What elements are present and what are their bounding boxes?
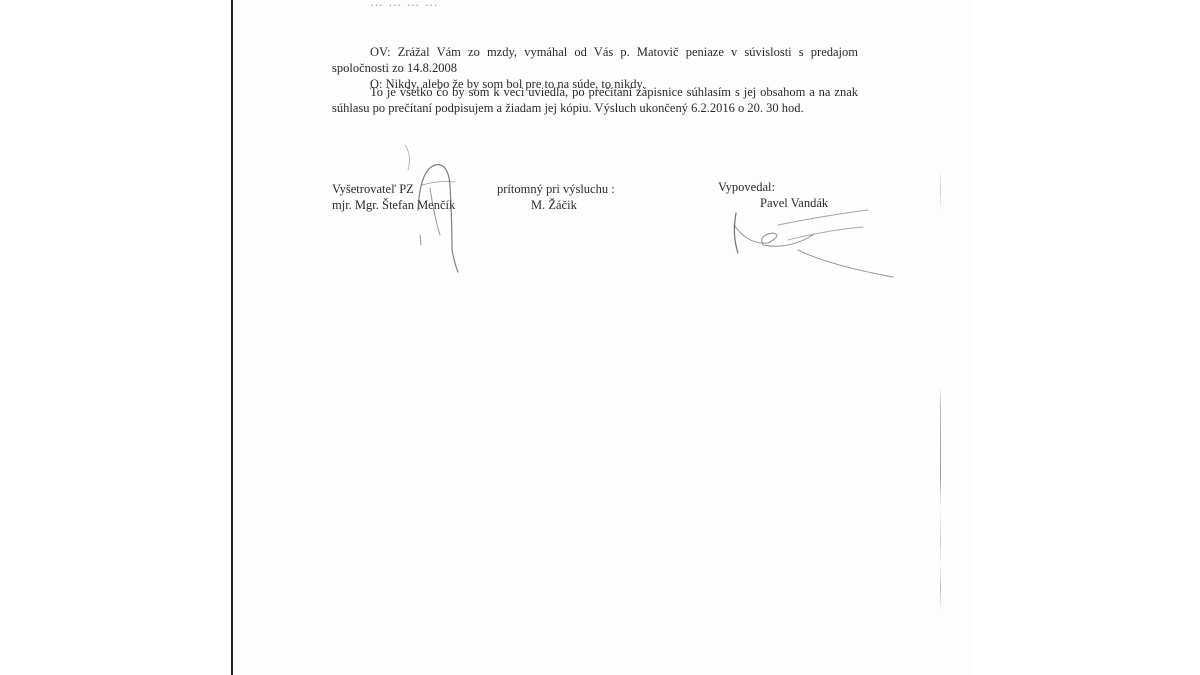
present-role: prítomný pri výsluchu : <box>497 181 615 197</box>
scan-artifact-line <box>940 170 941 210</box>
question-text: OV: Zrážal Vám zo mzdy, vymáhal od Vás p… <box>332 44 858 76</box>
present-block: prítomný pri výsluchu : M. Žáčik <box>497 181 615 213</box>
present-name: M. Žáčik <box>497 197 615 213</box>
witness-signature <box>728 205 908 285</box>
cropped-text-line: … … … … <box>370 0 439 10</box>
closing-statement: To je všetko čo by som k veci uviedla, p… <box>332 84 858 116</box>
investigator-signature <box>400 140 480 280</box>
scan-artifact-line <box>940 385 941 610</box>
closing-statement-text: To je všetko čo by som k veci uviedla, p… <box>332 84 858 116</box>
page-margin <box>971 0 1200 675</box>
witness-role: Vypovedal: <box>718 179 828 195</box>
